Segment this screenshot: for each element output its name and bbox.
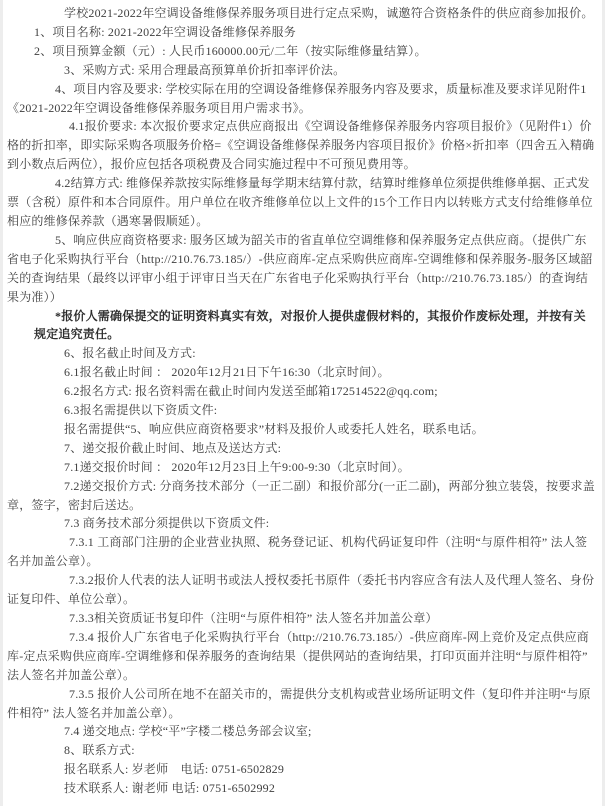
item-6-registration-deadline: 6、报名截止时间及方式: <box>7 344 597 363</box>
item-7-3-3-qualification-certs: 7.3.3相关资质证书复印件（注明“与原件相符” 法人签名并加盖公章） <box>7 609 597 628</box>
item-8-contact: 8、联系方式: <box>7 741 597 760</box>
item-3-procurement-method: 3、采购方式: 采用合理最高预算单价折扣率评价法。 <box>7 61 597 80</box>
document-page: 学校2021-2022年空调设备维修保养服务项目进行定点采购，诚邀符合资格条件的… <box>0 0 605 806</box>
intro-paragraph: 学校2021-2022年空调设备维修保养服务项目进行定点采购，诚邀符合资格条件的… <box>7 4 597 23</box>
item-7-4-submission-location: 7.4 递交地点: 学校“平”字楼二楼总务部会议室; <box>7 722 597 741</box>
technical-contact-line: 技术联系人: 谢老师 电话: 0751-6502992 <box>7 779 597 798</box>
item-2-budget: 2、项目预算金额（元）: 人民币160000.00元/二年（按实际维修量结算）。 <box>7 42 597 61</box>
item-6-3-detail: 报名需提供“5、响应供应商资格要求”材料及报价人或委托人姓名，联系电话。 <box>7 420 597 439</box>
item-6-2-registration-method: 6.2报名方式: 报名资料需在截止时间内发送至邮箱172514522@qq.co… <box>7 382 597 401</box>
item-7-2-submission-method: 7.2递交报价方式: 分商务技术部分（一正二副）和报价部分(一正二副)，两部分独… <box>7 477 597 515</box>
item-7-3-5-branch-proof: 7.3.5 报价人公司所在地不在韶关市的，需提供分支机构或营业场所证明文件（复印… <box>7 685 597 723</box>
document-body: 学校2021-2022年空调设备维修保养服务项目进行定点采购，诚邀符合资格条件的… <box>3 0 602 804</box>
item-4-content-requirements: 4、项目内容及要求: 学校实际在用的空调设备维修保养服务内容及要求，质量标准及要… <box>7 80 597 118</box>
item-7-3-business-tech-docs: 7.3 商务技术部分须提供以下资质文件: <box>7 514 597 533</box>
item-7-3-1-business-license: 7.3.1 工商部门注册的企业营业执照、税务登记证、机构代码证复印件（注明“与原… <box>7 533 597 571</box>
warning-note: *报价人需确保提交的证明资料真实有效，对报价人提供虚假材料的，其报价作废标处理，… <box>34 307 597 345</box>
item-5-supplier-qualification: 5、响应供应商资格要求: 服务区域为韶关市的省直单位空调维修和保养服务定点供应商… <box>7 231 597 307</box>
item-7-submission: 7、递交报价截止时间、地点及送达方式: <box>7 439 597 458</box>
item-6-3-required-documents: 6.3报名需提供以下资质文件: <box>7 401 597 420</box>
item-6-1-deadline-time: 6.1报名截止时间 ： 2020年12月21日下午16:30（北京时间）。 <box>7 363 597 382</box>
item-1-project-name: 1、项目名称: 2021-2022年空调设备维修保养服务 <box>7 23 597 42</box>
item-7-3-4-platform-query: 7.3.4 报价人广东省电子化采购执行平台（http://210.76.73.1… <box>7 628 597 685</box>
item-7-1-submission-time: 7.1递交报价时间 ： 2020年12月23日上午9:00-9:30（北京时间）… <box>7 458 597 477</box>
item-4-2-settlement-method: 4.2结算方式: 维修保养款按实际维修量每学期末结算付款，结算时维修单位须提供维… <box>7 174 597 231</box>
registration-contact-line: 报名联系人: 岁老师 电话: 0751-6502829 <box>7 760 597 779</box>
item-7-3-2-legal-rep-proof: 7.3.2报价人代表的法人证明书或法人授权委托书原件（委托书内容应含有法人及代理… <box>7 571 597 609</box>
item-4-1-quote-requirements: 4.1报价要求: 本次报价要求定点供应商报出《空调设备维修保养服务内容项目报价》… <box>7 117 597 174</box>
